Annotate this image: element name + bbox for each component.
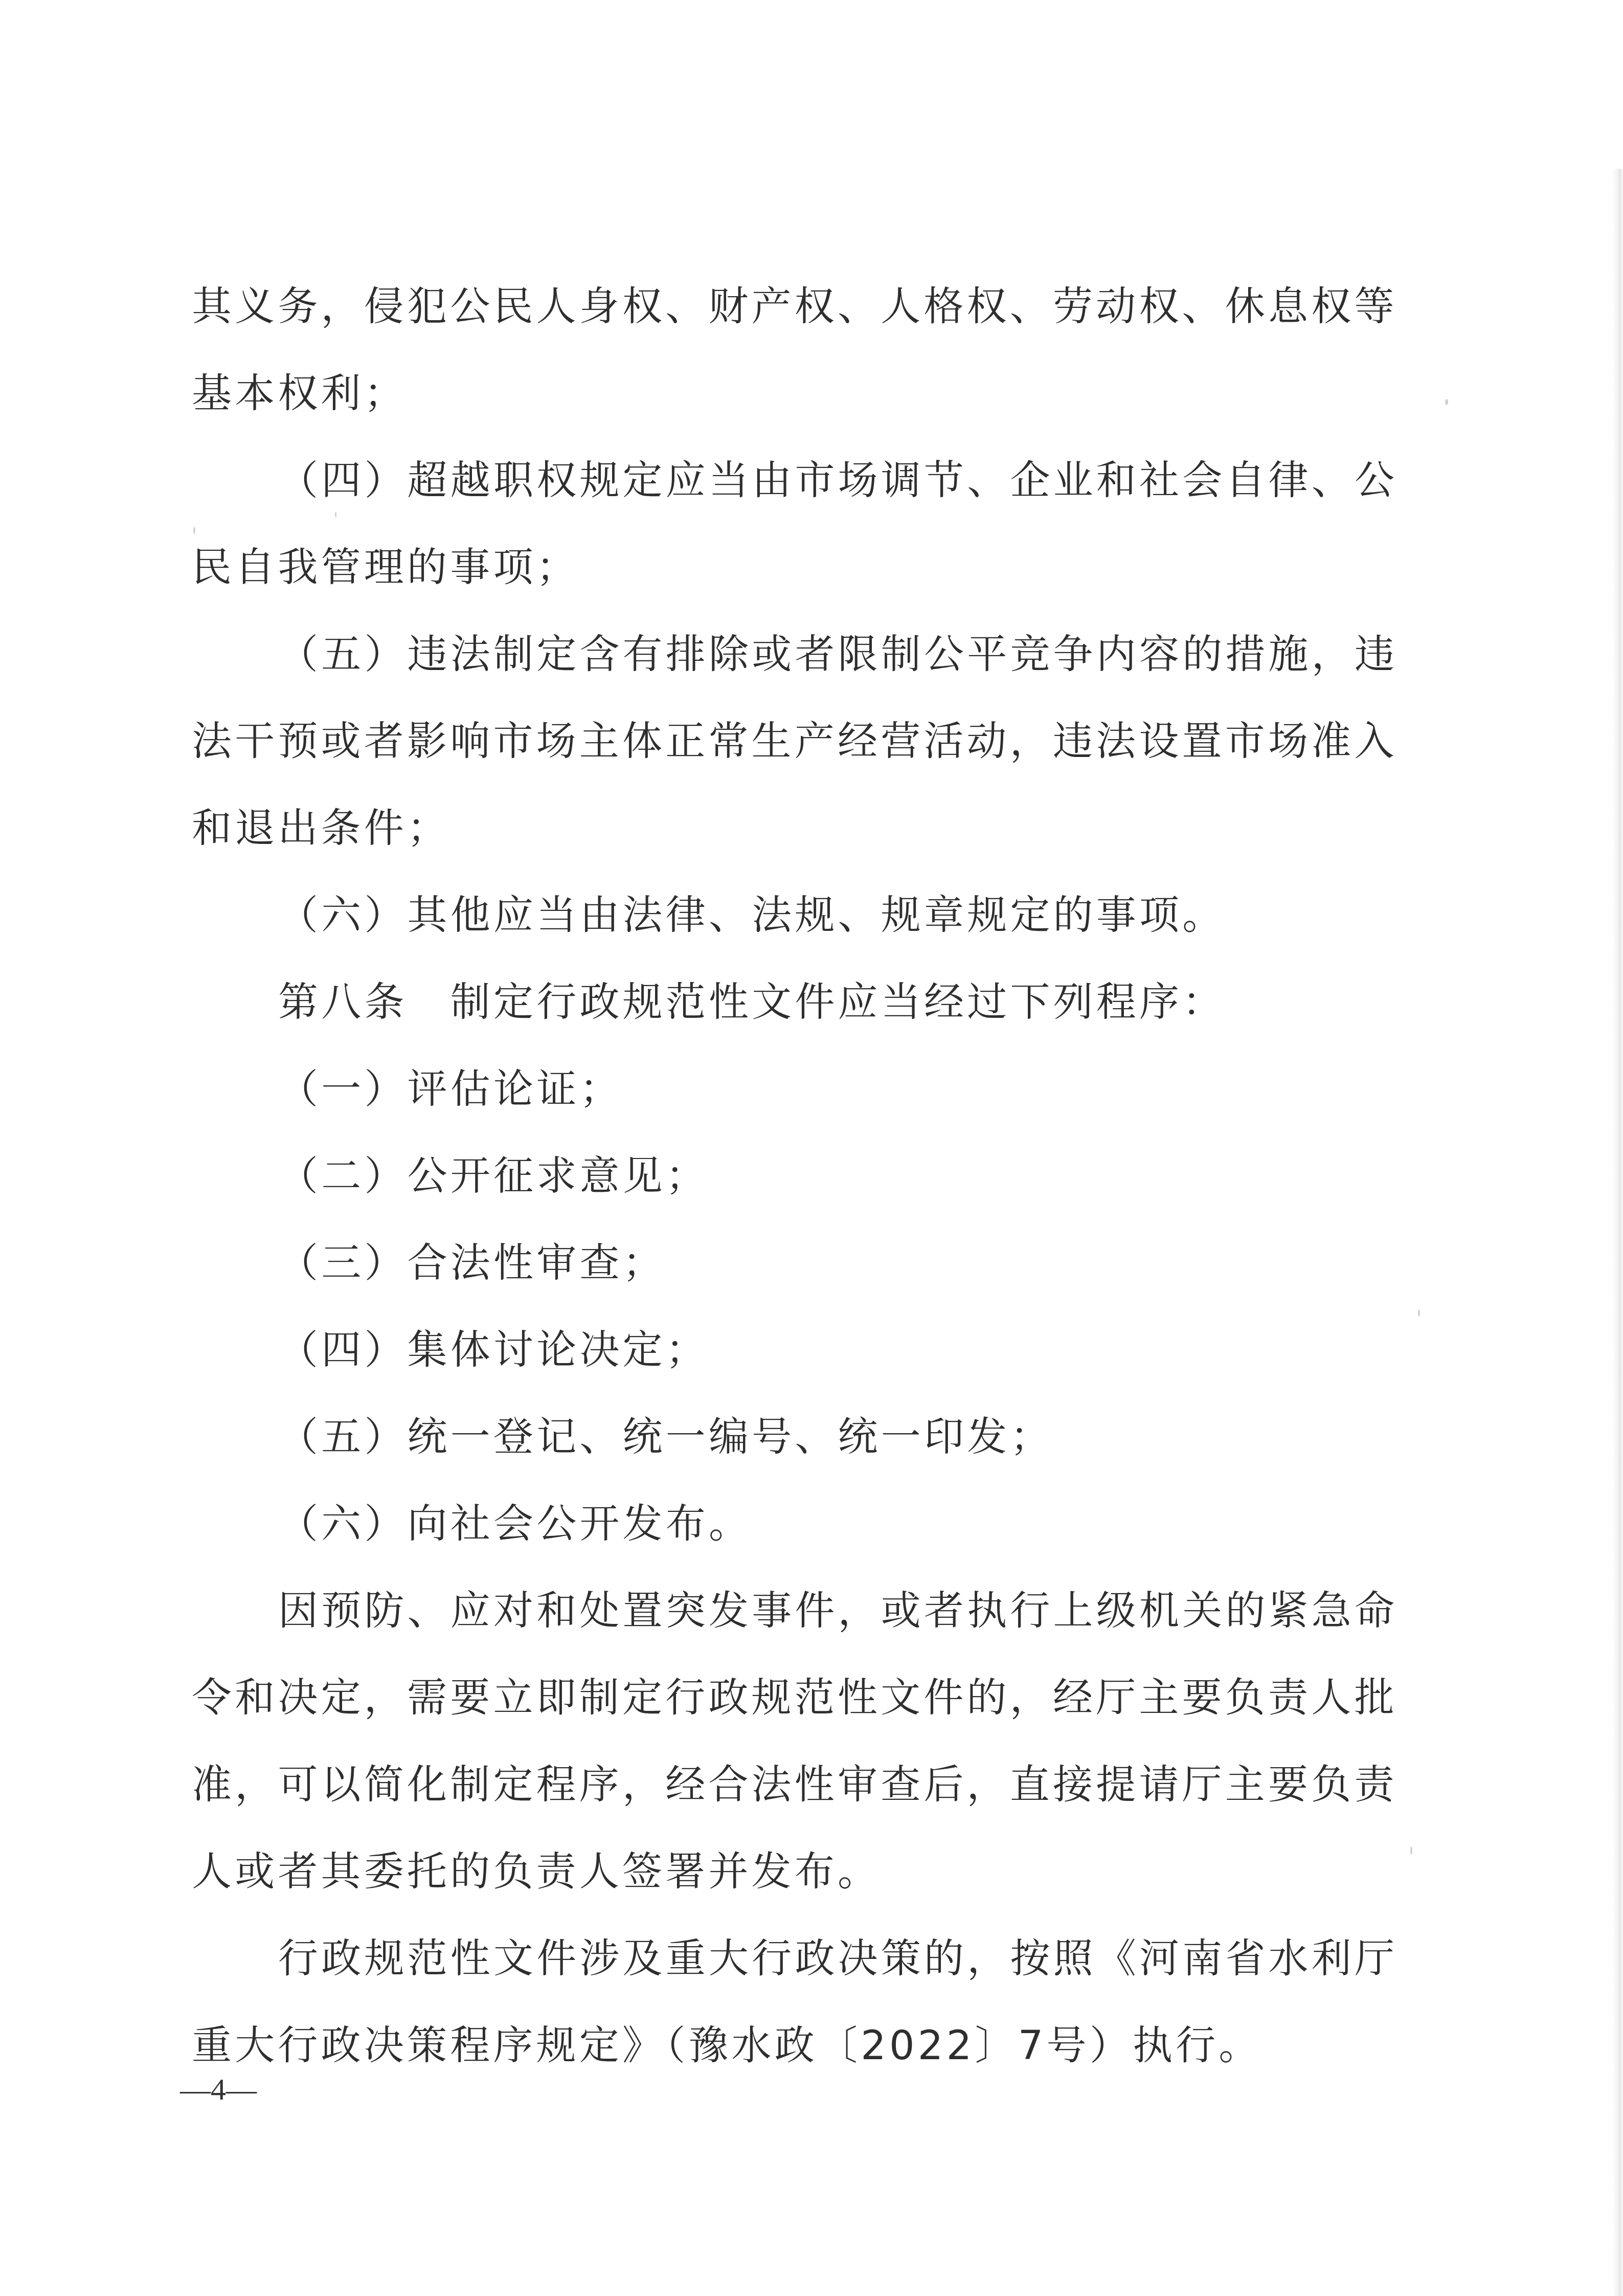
paragraph-text: 其义务，侵犯公民人身权、财产权、人格权、劳动权、休息权等 [192,279,1397,335]
scan-edge-shadow [1612,169,1623,2296]
paragraph-text: 基本权利； [192,366,407,422]
paragraph-text: 重大行政决策程序规定》（豫水政〔2022〕7号）执行。 [192,2018,1262,2074]
paragraph-text: 令和决定，需要立即制定行政规范性文件的，经厅主要负责人批 [192,1670,1397,1726]
paragraph-text: （四）超越职权规定应当由市场调节、企业和社会自律、公 [278,453,1397,509]
procedure-text: （三）合法性审查； [278,1235,666,1291]
paragraph-text: 人或者其委托的负责人签署并发布。 [192,1844,881,1900]
procedure-item-6: （六）向社会公开发布。 [192,1496,1409,1583]
procedure-text: （二）公开征求意见； [278,1148,709,1205]
list-item-6: （六）其他应当由法律、法规、规章规定的事项。 [192,887,1409,974]
list-item-5: （五）违法制定含有排除或者限制公平竞争内容的措施，违 [192,627,1409,714]
paragraph-text: 因预防、应对和处置突发事件，或者执行上级机关的紧急命 [278,1583,1397,1639]
procedure-text: （四）集体讨论决定； [278,1322,709,1378]
procedure-item-2: （二）公开征求意见； [192,1148,1409,1235]
text-line: 因预防、应对和处置突发事件，或者执行上级机关的紧急命 [192,1583,1409,1670]
paragraph-text: （六）其他应当由法律、法规、规章规定的事项。 [278,887,1225,944]
page-number: —4— [180,2069,257,2110]
article-text: 第八条 制定行政规范性文件应当经过下列程序： [278,974,1225,1031]
text-line: 人或者其委托的负责人签署并发布。 [192,1844,1409,1931]
paragraph-text: 民自我管理的事项； [192,540,579,596]
paragraph-text: 法干预或者影响市场主体正常生产经营活动，违法设置市场准入 [192,714,1397,770]
list-item-4: （四）超越职权规定应当由市场调节、企业和社会自律、公 [192,453,1409,540]
article-8-heading: 第八条 制定行政规范性文件应当经过下列程序： [192,974,1409,1061]
scan-speck [1410,1846,1412,1855]
paragraph-text: 行政规范性文件涉及重大行政决策的，按照《河南省水利厅 [278,1931,1397,1987]
paragraph-text: 准，可以简化制定程序，经合法性审查后，直接提请厅主要负责 [192,1757,1397,1813]
text-line: 民自我管理的事项； [192,540,1409,627]
procedure-item-3: （三）合法性审查； [192,1235,1409,1322]
procedure-text: （一）评估论证； [278,1061,623,1118]
procedure-text: （五）统一登记、统一编号、统一印发； [278,1409,1053,1465]
document-page: 其义务，侵犯公民人身权、财产权、人格权、劳动权、休息权等 基本权利； （四）超越… [0,0,1623,2296]
text-line: 准，可以简化制定程序，经合法性审查后，直接提请厅主要负责 [192,1757,1409,1844]
text-line: 令和决定，需要立即制定行政规范性文件的，经厅主要负责人批 [192,1670,1409,1757]
procedure-item-1: （一）评估论证； [192,1061,1409,1148]
paragraph-text: 和退出条件； [192,800,450,857]
text-line: 行政规范性文件涉及重大行政决策的，按照《河南省水利厅 [192,1931,1409,2018]
procedure-item-5: （五）统一登记、统一编号、统一印发； [192,1409,1409,1496]
procedure-item-4: （四）集体讨论决定； [192,1322,1409,1409]
text-line: 重大行政决策程序规定》（豫水政〔2022〕7号）执行。 [192,2018,1409,2105]
text-line: 其义务，侵犯公民人身权、财产权、人格权、劳动权、休息权等 [192,279,1409,366]
text-line: 和退出条件； [192,800,1409,887]
procedure-text: （六）向社会公开发布。 [278,1496,752,1552]
document-body: 其义务，侵犯公民人身权、财产权、人格权、劳动权、休息权等 基本权利； （四）超越… [192,279,1409,2105]
scan-speck [1418,1309,1420,1317]
text-line: 法干预或者影响市场主体正常生产经营活动，违法设置市场准入 [192,714,1409,800]
scan-speck [1445,399,1448,405]
text-line: 基本权利； [192,366,1409,453]
paragraph-text: （五）违法制定含有排除或者限制公平竞争内容的措施，违 [278,627,1397,683]
